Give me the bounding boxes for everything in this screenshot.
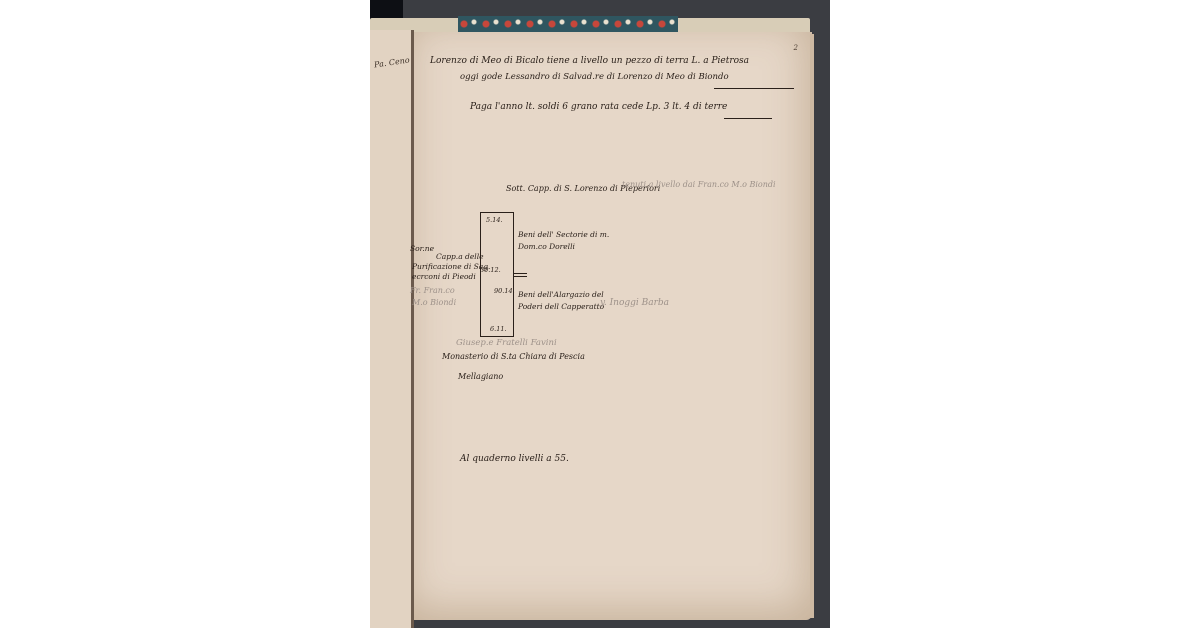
measure-right: 90.14. — [494, 287, 515, 295]
right-lower-1: Beni dell'Alargazio del — [518, 290, 604, 299]
boundary-mark-1 — [513, 273, 527, 274]
right-upper-2: Dom.co Dorelli — [518, 242, 575, 251]
left-label-4: ecrconi di Pieodi — [412, 272, 476, 281]
folio-number: 2 — [794, 44, 798, 52]
header-line-3: Paga l'anno lt. soldi 6 grano rata cede … — [470, 102, 727, 112]
left-later-2: M.o Biondi — [412, 298, 456, 307]
bottom-label-1: Monasterio di S.ta Chiara di Pescia — [442, 352, 585, 361]
footer-note: Al quaderno livelli a 55. — [460, 454, 569, 464]
bottom-label-2: Mellagiano — [458, 372, 503, 381]
left-page: Pa. Ceno — [370, 30, 413, 628]
parcel-box — [480, 212, 514, 337]
right-upper-1: Beni dell' Sectorie di m. — [518, 230, 609, 239]
header-line-1: Lorenzo di Meo di Bicalo tiene a livello… — [430, 56, 749, 66]
floral-endpaper — [458, 16, 678, 32]
payment-underline — [724, 118, 772, 119]
left-margin-note: Pa. Ceno — [374, 56, 411, 70]
measure-top: 5.14. — [486, 216, 503, 224]
boundary-mark-2 — [513, 276, 527, 277]
left-label-2: Capp.a delle — [436, 252, 484, 261]
manuscript-scan: Pa. Ceno 2 Lorenzo di Meo di Bicalo tien… — [370, 0, 830, 628]
right-lower-2: Poderi dell Capperatto — [518, 302, 604, 311]
bottom-later-note: Giusep.e Fratelli Favini — [456, 338, 557, 348]
right-lower-later: y. Inoggi Barba — [600, 298, 669, 308]
diagram-top-later-note: tenuti a livello dai Fran.co M.o Biondi — [622, 180, 776, 189]
left-label-1: Sor.ne — [410, 244, 434, 253]
left-later-1: Fr. Fran.co — [410, 286, 455, 295]
measure-bottom: 6.11. — [490, 325, 507, 333]
page-edge — [810, 34, 814, 618]
manuscript-page: 2 Lorenzo di Meo di Bicalo tiene a livel… — [414, 32, 812, 620]
header-line-2: oggi gode Lessandro di Salvad.re di Lore… — [460, 72, 729, 82]
header-underline — [714, 88, 794, 89]
left-label-3: Purificazione di Sag. — [412, 262, 490, 271]
